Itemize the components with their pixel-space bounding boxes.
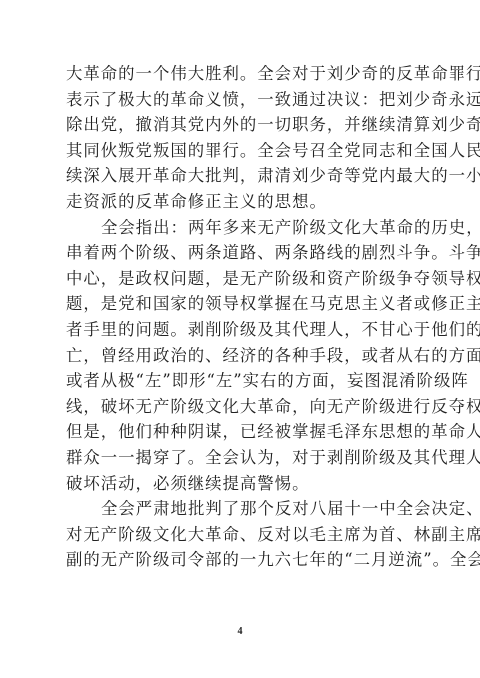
- page-number: 4: [0, 626, 480, 637]
- paragraph-start-line: 全会指出：两年多来无产阶级文化大革命的历史，贯: [66, 215, 416, 241]
- document-page: 大革命的一个伟大胜利。全会对于刘少奇的反革命罪行， 表示了极大的革命义愤，一致通…: [0, 0, 480, 678]
- text-line: 中心，是政权问题，是无产阶级和资产阶级争夺领导权问: [66, 266, 416, 292]
- text-line: 题，是党和国家的领导权掌握在马克思主义者或修正主义: [66, 291, 416, 317]
- text-line: 者手里的问题。剥削阶级及其代理人，不甘心于他们的灭: [66, 317, 416, 343]
- text-line: 但是，他们种种阴谋，已经被掌握毛泽东思想的革命人民: [66, 419, 416, 445]
- text-line: 副的无产阶级司令部的一九六七年的“二月逆流”。全会: [66, 547, 416, 573]
- text-line: 除出党，撤消其党内外的一切职务，并继续清算刘少奇及: [66, 112, 416, 138]
- text-line: 线，破坏无产阶级文化大革命，向无产阶级进行反夺权。: [66, 394, 416, 420]
- text-line: 串着两个阶级、两条道路、两条路线的剧烈斗争。斗争的: [66, 240, 416, 266]
- text-line: 亡，曾经用政治的、经济的各种手段，或者从右的方面，: [66, 343, 416, 369]
- body-text: 大革命的一个伟大胜利。全会对于刘少奇的反革命罪行， 表示了极大的革命义愤，一致通…: [66, 61, 416, 573]
- text-line: 对无产阶级文化大革命、反对以毛主席为首、林副主席为: [66, 522, 416, 548]
- text-line: 续深入展开革命大批判，肃清刘少奇等党内最大的一小撮: [66, 163, 416, 189]
- text-line: 破坏活动，必须继续提高警惕。: [66, 471, 416, 497]
- paragraph-start-line: 全会严肃地批判了那个反对八届十一中全会决定、反: [66, 496, 416, 522]
- text-line: 其同伙叛党叛国的罪行。全会号召全党同志和全国人民继: [66, 138, 416, 164]
- text-line: 走资派的反革命修正主义的思想。: [66, 189, 416, 215]
- text-line: 群众一一揭穿了。全会认为，对于剥削阶级及其代理人的: [66, 445, 416, 471]
- text-line: 或者从极“左”即形“左”实右的方面，妄图混淆阶级阵: [66, 368, 416, 394]
- text-line: 表示了极大的革命义愤，一致通过决议：把刘少奇永远开: [66, 87, 416, 113]
- text-line: 大革命的一个伟大胜利。全会对于刘少奇的反革命罪行，: [66, 61, 416, 87]
